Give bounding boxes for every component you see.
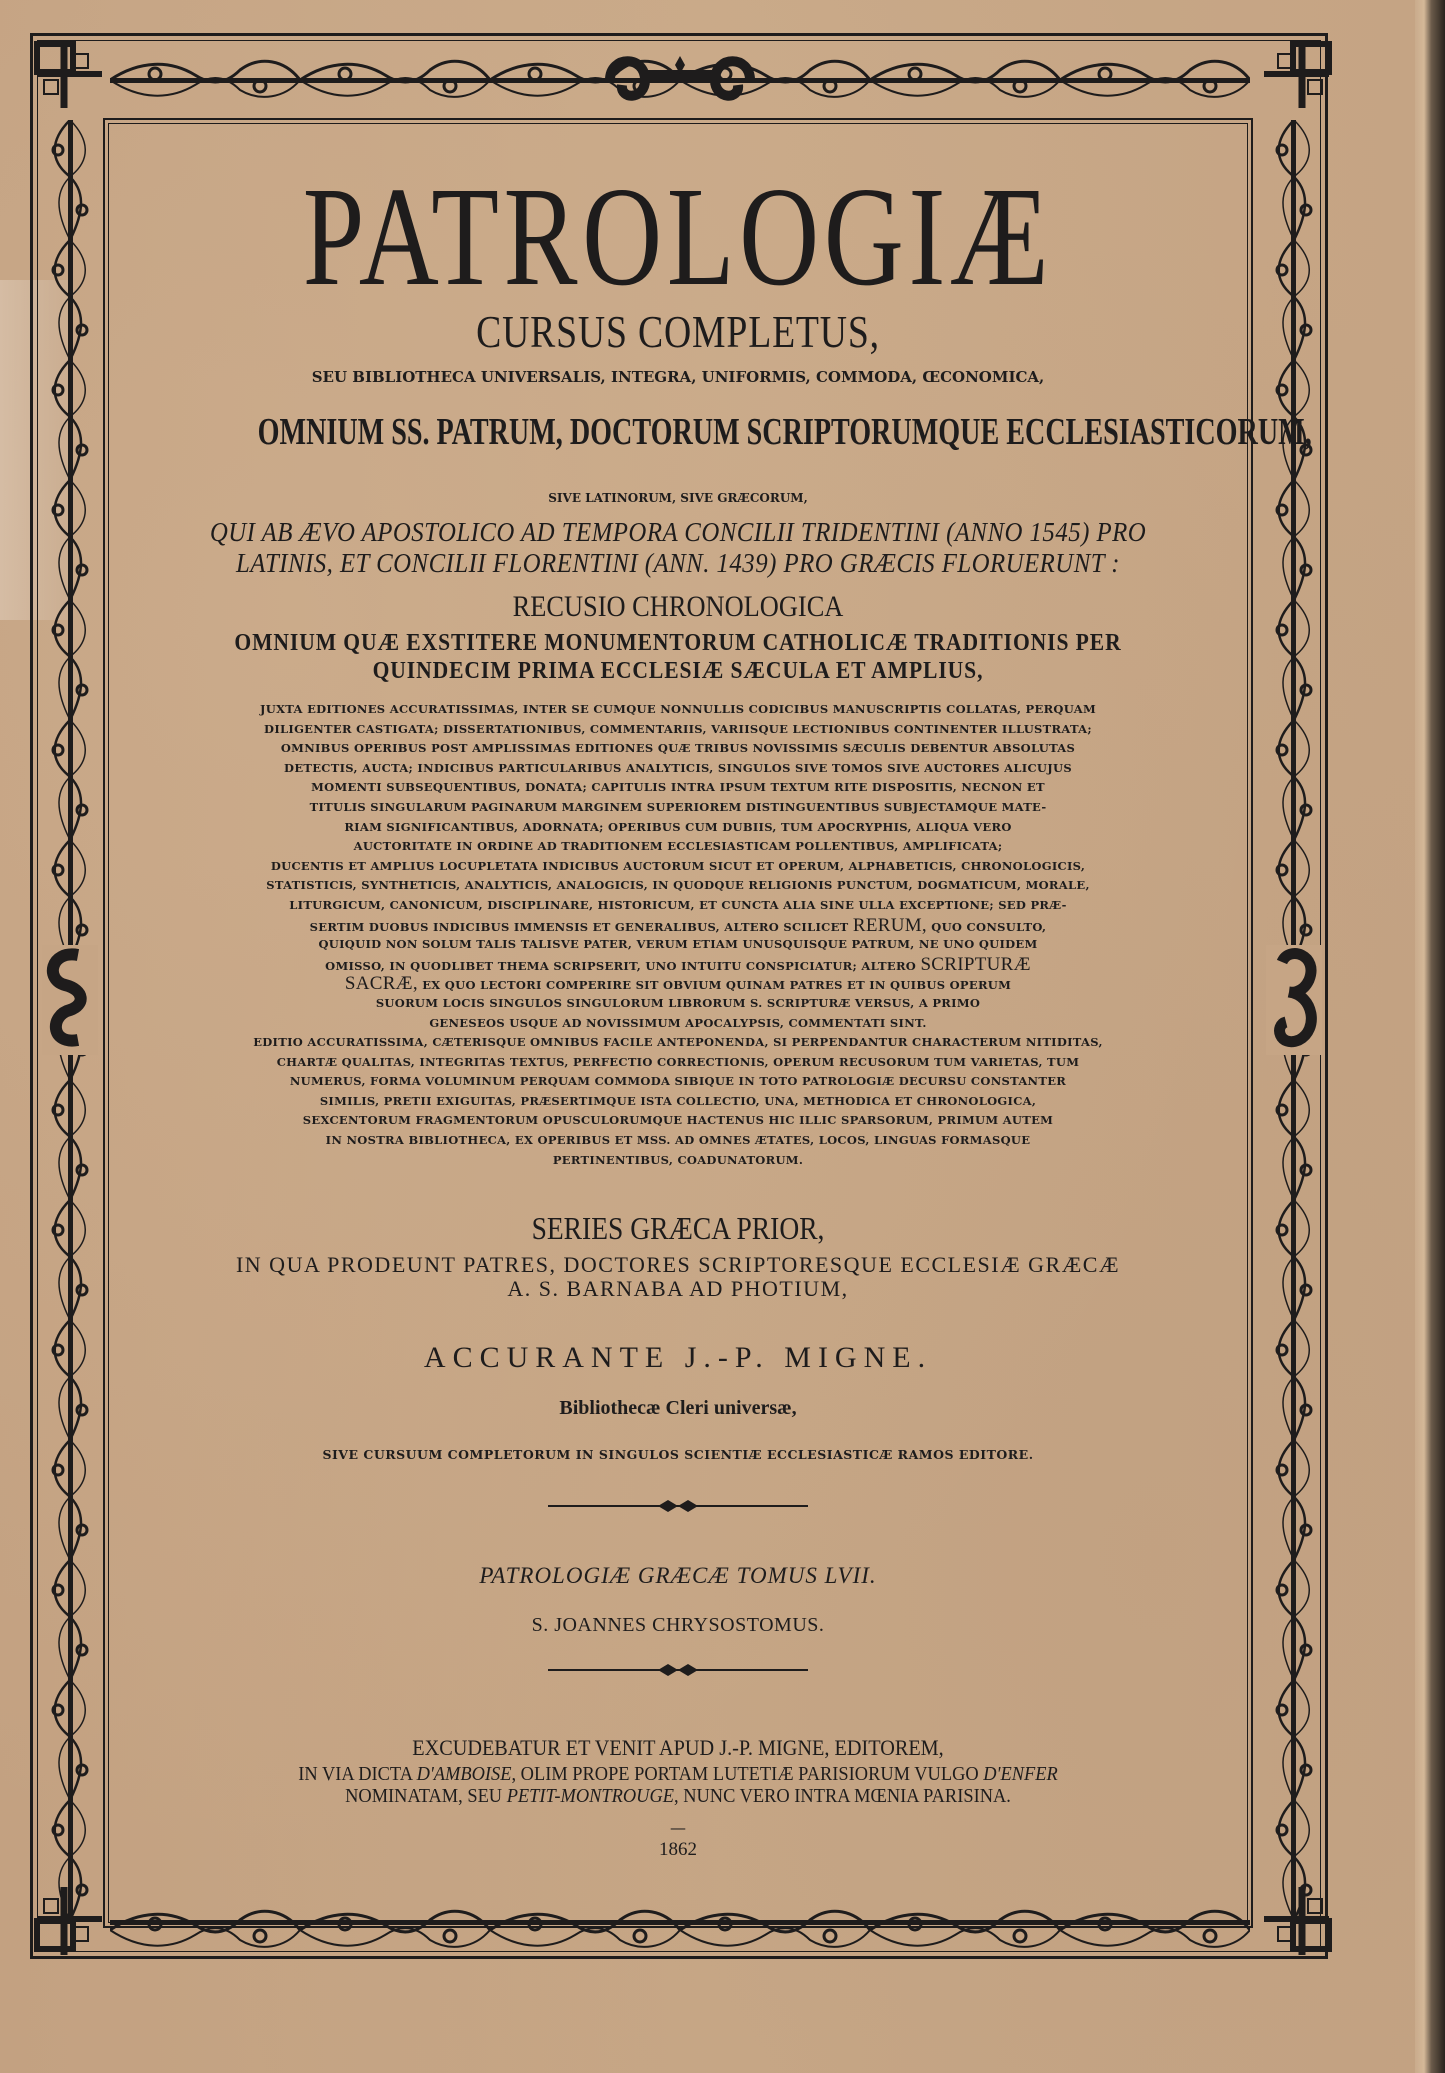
body-line: NUMERUS, FORMA VOLUMINUM PERQUAM COMMODA…	[110, 1072, 1246, 1092]
main-title: PATROLOGIÆ	[235, 165, 1121, 307]
diamond-rule-icon	[548, 1499, 808, 1513]
imprint-gate: D'ENFER	[983, 1763, 1057, 1785]
omnium-quae-line-2: QUINDECIM PRIMA ECCLESIÆ SÆCULA ET AMPLI…	[167, 658, 1189, 685]
editor-bibliothecae: Bibliothecæ Cleri universæ,	[110, 1397, 1246, 1420]
imprint-dash: —	[110, 1818, 1246, 1837]
series-line-2: A. S. BARNABA AD PHOTIUM,	[110, 1276, 1246, 1302]
period-line-1: QUI AB ÆVO APOSTOLICO AD TEMPORA CONCILI…	[155, 517, 1200, 548]
body-line: SUORUM LOCIS SINGULOS SINGULORUM LIBRORU…	[110, 994, 1246, 1014]
description-paragraph: JUXTA EDITIONES ACCURATISSIMAS, INTER SE…	[110, 700, 1246, 1170]
body-line: MOMENTI SUBSEQUENTIBUS, DONATA; CAPITULI…	[110, 778, 1246, 798]
body-line: STATISTICIS, SYNTHETICIS, ANALYTICIS, AN…	[110, 876, 1246, 896]
body-line: DILIGENTER CASTIGATA; DISSERTATIONIBUS, …	[110, 720, 1246, 740]
diamond-rule-icon	[548, 1663, 808, 1677]
bottom-scroll-band-icon	[110, 1890, 1250, 1960]
body-line: SERTIM DUOBUS INDICIBUS IMMENSIS ET GENE…	[110, 916, 1246, 936]
description-sive: SIVE LATINORUM, SIVE GRÆCORUM,	[110, 491, 1246, 505]
body-line: JUXTA EDITIONES ACCURATISSIMAS, INTER SE…	[110, 700, 1246, 720]
imprint-line-1: EXCUDEBATUR ET VENIT APUD J.-P. MIGNE, E…	[155, 1735, 1200, 1761]
body-line: PERTINENTIBUS, COADUNATORUM.	[110, 1151, 1246, 1171]
editor-name: ACCURANTE J.-P. MIGNE.	[110, 1341, 1246, 1375]
body-line: OMISSO, IN QUODLIBET THEMA SCRIPSERIT, U…	[110, 955, 1246, 975]
body-line-text: SERTIM DUOBUS INDICIBUS IMMENSIS ET GENE…	[310, 920, 849, 934]
body-line-text: OMISSO, IN QUODLIBET THEMA SCRIPSERIT, U…	[325, 959, 916, 973]
body-line: SIMILIS, PRETII EXIGUITAS, PRÆSERTIMQUE …	[110, 1092, 1246, 1112]
recusio-heading: RECUSIO CHRONOLOGICA	[178, 590, 1178, 624]
period-line-2: LATINIS, ET CONCILII FLORENTINI (ANN. 14…	[155, 548, 1200, 579]
body-line: QUIQUID NON SOLUM TALIS TALISVE PATER, V…	[110, 935, 1246, 955]
body-line: EDITIO ACCURATISSIMA, CÆTERISQUE OMNIBUS…	[110, 1033, 1246, 1053]
body-line-text: EX QUO LECTORI COMPERIRE SIT OBVIUM QUIN…	[422, 978, 1011, 992]
imprint-text: , NUNC VERO INTRA MŒNIA PARISINA.	[674, 1785, 1011, 1807]
imprint-text: IN VIA DICTA	[298, 1763, 416, 1785]
body-line: SACRÆ, EX QUO LECTORI COMPERIRE SIT OBVI…	[110, 974, 1246, 994]
rerum-word: RERUM,	[853, 915, 927, 936]
publication-year: 1862	[110, 1839, 1246, 1861]
body-line: IN NOSTRA BIBLIOTHECA, EX OPERIBUS ET MS…	[110, 1131, 1246, 1151]
left-scroll-band-icon	[40, 120, 100, 1920]
imprint-text: , OLIM PROPE PORTAM LUTETIÆ PARISIORUM V…	[511, 1763, 983, 1785]
corner-knot-icon	[1262, 40, 1332, 110]
series-title: SERIES GRÆCA PRIOR,	[190, 1210, 1167, 1247]
body-line: RIAM SIGNIFICANTIBUS, ADORNATA; OPERIBUS…	[110, 818, 1246, 838]
description-omnium: OMNIUM SS. PATRUM, DOCTORUM SCRIPTORUMQU…	[258, 410, 1099, 454]
body-line: GENESEOS USQUE AD NOVISSIMUM APOCALYPSIS…	[110, 1014, 1246, 1034]
imprint-line-2: IN VIA DICTA D'AMBOISE, OLIM PROPE PORTA…	[155, 1763, 1200, 1786]
body-line: SEXCENTORUM FRAGMENTORUM OPUSCULORUMQUE …	[110, 1111, 1246, 1131]
body-line: OMNIBUS OPERIBUS POST AMPLISSIMAS EDITIO…	[110, 739, 1246, 759]
right-scroll-band-icon	[1264, 120, 1324, 1920]
subtitle: CURSUS COMPLETUS,	[212, 305, 1144, 358]
body-line: TITULIS SINGULARUM PAGINARUM MARGINEM SU…	[110, 798, 1246, 818]
top-scroll-band-icon	[110, 40, 1250, 110]
omnium-quae-line-1: OMNIUM QUÆ EXSTITERE MONUMENTORUM CATHOL…	[167, 630, 1189, 657]
corner-knot-icon	[34, 40, 104, 110]
body-line: AUCTORITATE IN ORDINE AD TRADITIONEM ECC…	[110, 837, 1246, 857]
series-line-1: IN QUA PRODEUNT PATRES, DOCTORES SCRIPTO…	[110, 1252, 1246, 1278]
imprint-street: D'AMBOISE	[417, 1763, 512, 1785]
body-line: LITURGICUM, CANONICUM, DISCIPLINARE, HIS…	[110, 896, 1246, 916]
imprint-text: NOMINATAM, SEU	[345, 1785, 507, 1807]
editor-description: SIVE CURSUUM COMPLETORUM IN SINGULOS SCI…	[110, 1447, 1246, 1462]
sacrae-word: SACRÆ,	[345, 973, 418, 994]
body-line-text: QUO CONSULTO,	[931, 920, 1046, 934]
volume-tomus: PATROLOGIÆ GRÆCÆ TOMUS LVII.	[110, 1563, 1246, 1589]
body-line: CHARTÆ QUALITAS, INTEGRITAS TEXTUS, PERF…	[110, 1053, 1246, 1073]
body-line: DUCENTIS ET AMPLIUS LOCUPLETATA INDICIBU…	[110, 857, 1246, 877]
scripturae-word: SCRIPTURÆ	[920, 954, 1030, 975]
description-seu: SEU BIBLIOTHECA UNIVERSALIS, INTEGRA, UN…	[110, 368, 1246, 386]
imprint-district: PETIT-MONTROUGE	[507, 1785, 674, 1807]
imprint-line-3: NOMINATAM, SEU PETIT-MONTROUGE, NUNC VER…	[155, 1785, 1200, 1808]
scanner-edge	[1415, 0, 1445, 2073]
volume-author: S. JOANNES CHRYSOSTOMUS.	[110, 1614, 1246, 1637]
body-line: DETECTIS, AUCTA; INDICIBUS PARTICULARIBU…	[110, 759, 1246, 779]
